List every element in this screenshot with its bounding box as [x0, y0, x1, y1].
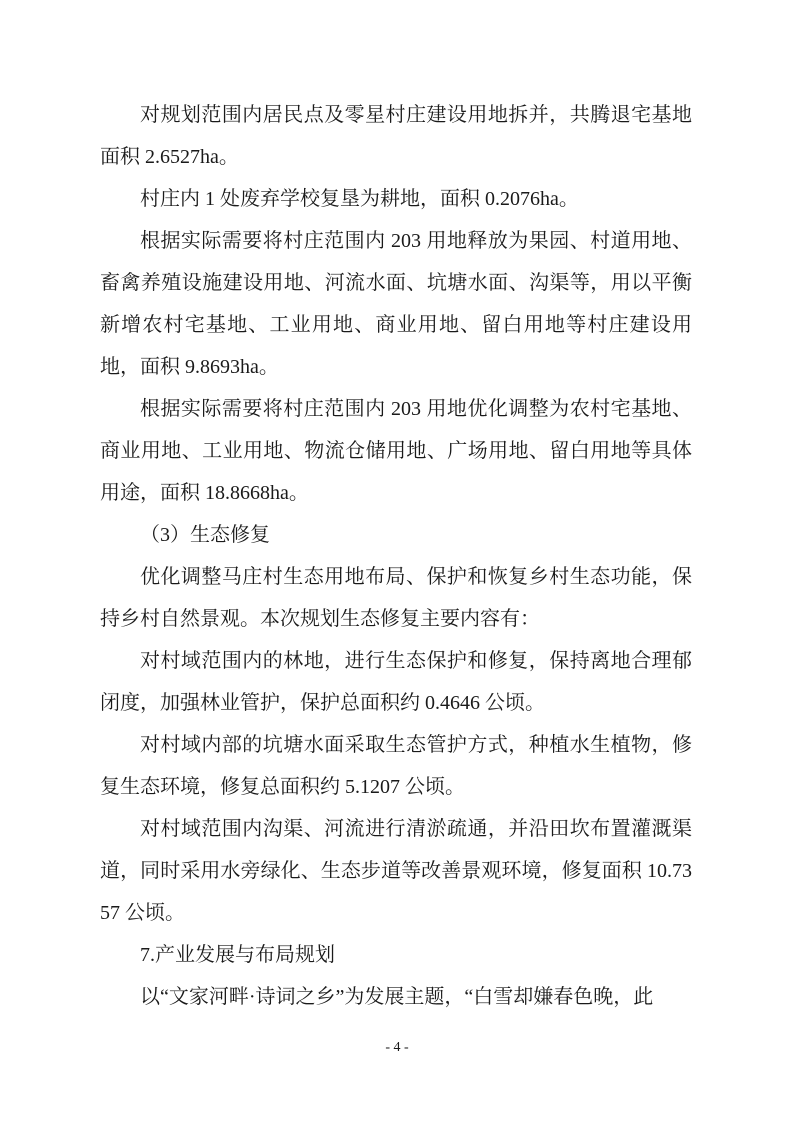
paragraph-forest-protection: 对村域范围内的林地，进行生态保护和修复，保持离地合理郁闭度，加强林业管护，保护总… — [100, 640, 692, 724]
paragraph-development-theme: 以“文家河畔·诗词之乡”为发展主题，“白雪却嫌春色晚，此 — [100, 976, 692, 1018]
paragraph-203-land-adjustment: 根据实际需要将村庄范围内 203 用地优化调整为农村宅基地、商业用地、工业用地、… — [100, 388, 692, 514]
paragraph-eco-restoration-overview: 优化调整马庄村生态用地布局、保护和恢复乡村生态功能，保持乡村自然景观。本次规划生… — [100, 556, 692, 640]
heading-industry-development-planning: 7.产业发展与布局规划 — [100, 934, 692, 976]
paragraph-demolition-consolidation: 对规划范围内居民点及零星村庄建设用地拆并，共腾退宅基地面积 2.6527ha。 — [100, 94, 692, 178]
heading-ecological-restoration: （3）生态修复 — [100, 514, 692, 556]
page-footer: - 4 - — [0, 1038, 794, 1058]
document-page: 对规划范围内居民点及零星村庄建设用地拆并，共腾退宅基地面积 2.6527ha。 … — [0, 0, 794, 1122]
paragraph-ditch-river-restoration: 对村域范围内沟渠、河流进行清淤疏通，并沿田坎布置灌溉渠道，同时采用水旁绿化、生态… — [100, 808, 692, 934]
paragraph-203-land-release: 根据实际需要将村庄范围内 203 用地释放为果园、村道用地、畜禽养殖设施建设用地… — [100, 220, 692, 388]
document-body: 对规划范围内居民点及零星村庄建设用地拆并，共腾退宅基地面积 2.6527ha。 … — [100, 94, 692, 1018]
paragraph-school-reclamation: 村庄内 1 处废弃学校复垦为耕地，面积 0.2076ha。 — [100, 178, 692, 220]
paragraph-pond-restoration: 对村域内部的坑塘水面采取生态管护方式，种植水生植物，修复生态环境，修复总面积约 … — [100, 724, 692, 808]
page-number: - 4 - — [385, 1040, 408, 1055]
